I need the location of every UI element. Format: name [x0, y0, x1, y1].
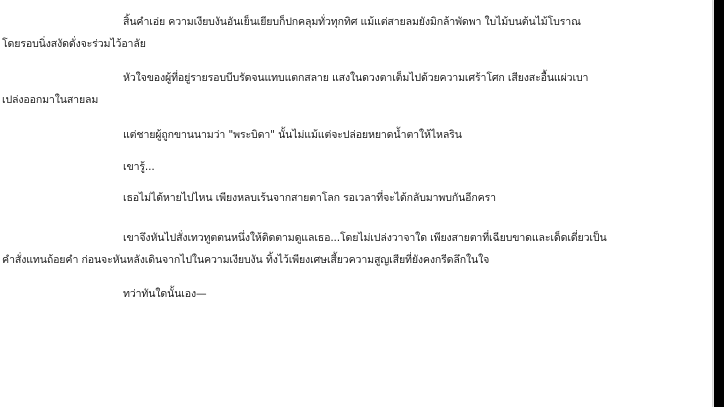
paragraph-4: เขารู้... [0, 156, 155, 178]
document-page: สิ้นคำเอ่ย ความเงียบงันอันเย็นเยียบก็ปกค… [0, 0, 713, 407]
document-viewport: สิ้นคำเอ่ย ความเงียบงันอันเย็นเยียบก็ปกค… [0, 0, 724, 407]
paragraph-line: ทว่าทันใดนั้นเอง— [0, 283, 206, 305]
paragraph-line: เขารู้... [0, 156, 155, 178]
paragraph-line: เขาจึงหันไปสั่งเทวทูตตนหนึ่งให้ติดตามดูแ… [0, 227, 607, 249]
paragraph-line: คำสั่งแทนถ้อยคำ ก่อนจะหันหลังเดินจากไปใน… [0, 249, 607, 271]
paragraph-7: ทว่าทันใดนั้นเอง— [0, 283, 206, 305]
paragraph-line: เปล่งออกมาในสายลม [0, 89, 588, 111]
window-edge [714, 0, 724, 407]
paragraph-3: แต่ชายผู้ถูกขานนามว่า "พระบิดา" นั้นไม่แ… [0, 124, 462, 146]
paragraph-line: แต่ชายผู้ถูกขานนามว่า "พระบิดา" นั้นไม่แ… [0, 124, 462, 146]
paragraph-2: หัวใจของผู้ที่อยู่รายรอบบีบรัดจนแทบแตกสล… [0, 67, 588, 111]
paragraph-line: โดยรอบนิ่งสงัดดั่งจะร่วมไว้อาลัย [0, 33, 581, 55]
paragraph-line: สิ้นคำเอ่ย ความเงียบงันอันเย็นเยียบก็ปกค… [0, 11, 581, 33]
paragraph-5: เธอไม่ได้หายไปไหน เพียงหลบเร้นจากสายตาโล… [0, 187, 496, 209]
paragraph-6: เขาจึงหันไปสั่งเทวทูตตนหนึ่งให้ติดตามดูแ… [0, 227, 607, 271]
paragraph-line: เธอไม่ได้หายไปไหน เพียงหลบเร้นจากสายตาโล… [0, 187, 496, 209]
paragraph-1: สิ้นคำเอ่ย ความเงียบงันอันเย็นเยียบก็ปกค… [0, 11, 581, 55]
paragraph-line: หัวใจของผู้ที่อยู่รายรอบบีบรัดจนแทบแตกสล… [0, 67, 588, 89]
